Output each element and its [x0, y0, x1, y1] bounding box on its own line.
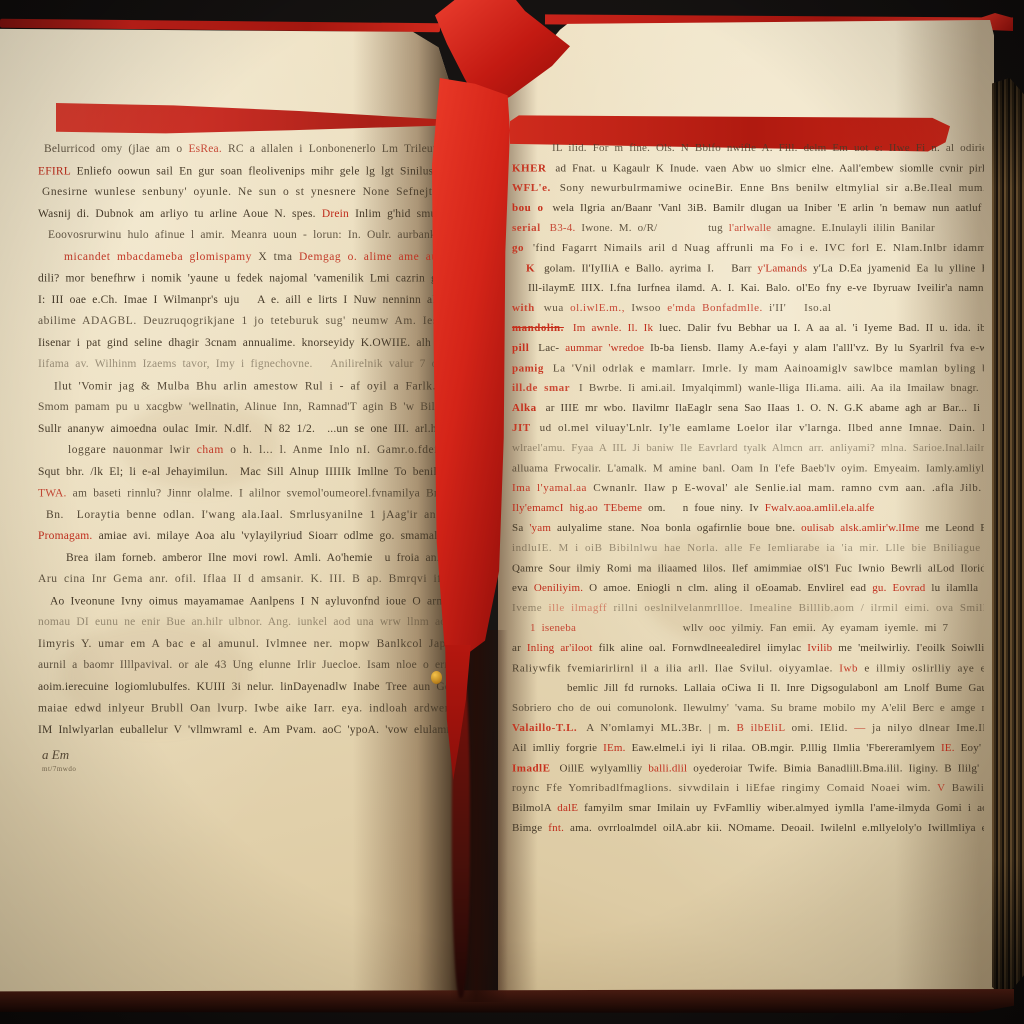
footnote-signature: a Em	[42, 747, 76, 763]
text-line: Iisenar i pat gind seline dhagir 3cnam a…	[38, 333, 452, 355]
fore-edge-page-stack	[992, 78, 1024, 998]
rubric-text: Ima l'yamal.aa	[512, 482, 587, 494]
text-line: abilime ADAGBL. Deuzruqogrikjane 1 jo te…	[38, 311, 452, 333]
text-line: Alkaar IIIE mr wbo. Ilavilmr IlaEaglr se…	[512, 398, 984, 418]
rubric-text: 'yam	[529, 522, 551, 534]
rubric-text: EFIRL	[38, 165, 71, 177]
text-line: KHERad Fnat. u Kagaulr K Inude. vaen Abw…	[512, 159, 984, 179]
open-book-photo: Belurricod omy (jlae am o EsRea. RC a al…	[0, 0, 1024, 1024]
text-line: Iifama av. Wilhinm Izaems tavor, Imy i f…	[38, 354, 452, 376]
text-line: Wasnij di. Dubnok am arliyo tu arline Ao…	[38, 204, 452, 226]
text-line: ImadlEOillE wylyamlliy balli.dlil oyeder…	[512, 759, 984, 779]
text-line: JITud ol.mel viluay'Lnlr. Iy'le eamlame …	[512, 418, 984, 438]
rubric-text: cham	[197, 444, 224, 456]
margin-rubric-word: WFL'e.	[512, 182, 551, 194]
rubric-text: ol.iwlE.m.,	[570, 302, 625, 314]
text-line: bou owela Ilgria an/Baanr 'Vanl 3iB. Bam…	[512, 198, 984, 218]
text-line: aurnil a baomr Illlpavival. or ale 43 Un…	[38, 655, 452, 677]
text-line: IL ilid. For m fine. Ols. N Bblfo nwifle…	[512, 138, 984, 158]
margin-rubric-word: pamig	[512, 363, 544, 375]
text-line: nomau DI eunu ne enir Bue an.hilr ulbnor…	[38, 612, 452, 634]
text-line: indluIE. M i oiB Bibilnlwu hae Norla. al…	[512, 538, 984, 558]
text-line: Bn. Loraytia benne odlan. I'wang ala.Iaa…	[38, 505, 452, 527]
text-line: Ao Iveonune Ivny oimus mayamamae Aanlpen…	[38, 591, 452, 613]
rubric-text: B3-4.	[550, 222, 576, 234]
text-line: Promagam. amiae avi. milaye Aoa alu 'vyl…	[38, 526, 452, 548]
text-line: Smom pamam pu u xacgbw 'wellnatin, Alinu…	[38, 397, 452, 419]
text-line: Iveme ille ilmagff rillni oeslnilvelanmr…	[512, 598, 984, 618]
rubric-text: Demgag o. alime ame ausadin mir-ar	[299, 251, 452, 263]
left-page-text: Belurricod omy (jlae am o EsRea. RC a al…	[38, 139, 452, 741]
rubric-text: 1 iseneba	[530, 622, 576, 634]
margin-rubric-word: ImadlE	[512, 763, 550, 775]
margin-rubric-word: KHER	[512, 163, 546, 175]
rubric-text: l'arlwalle	[729, 222, 771, 234]
rubric-text: gu. Eovrad	[872, 582, 925, 594]
rubric-text: micandet mbacdameba glomispamy	[64, 251, 252, 263]
rubric-text: e'mda Bonfadmlle.	[667, 302, 763, 314]
text-line: maiae edwd inlyeur Brubll Oan lvurp. Iwb…	[38, 699, 452, 721]
text-line: micandet mbacdameba glomispamy X tma Dem…	[38, 247, 452, 269]
text-line: pamigLa 'Vnil odrlak e mamlarr. Imrle. I…	[512, 359, 984, 379]
margin-rubric-word: serial	[512, 222, 541, 234]
text-line: Raliywfik fvemiarirlirnl il a ilia arll.…	[512, 659, 984, 679]
rubric-text: —	[854, 722, 866, 734]
rubric-text: fnt.	[548, 822, 564, 834]
text-line: Ail imlliy forgrie IEm. Eaw.elmel.i iyi …	[512, 738, 984, 758]
rubric-text: aummar 'wredoe	[565, 342, 644, 354]
text-line: loggare nauonmar lwir cham o h. l... l. …	[38, 440, 452, 462]
text-line: 1 iseneba wllv ooc yilmiy. Fan emii. Ay …	[512, 618, 984, 638]
text-line: serialB3-4. Iwone. M. o/R/ tug l'arlwall…	[512, 218, 984, 238]
text-line: EFIRL Enliefo oowun sail En gur soan fle…	[38, 161, 452, 183]
text-line: Eoovosrurwinu hulo afinue l amir. Meanra…	[38, 225, 452, 247]
text-line: Squt bhr. /lk El; li e-al Jehayimilun. M…	[38, 462, 452, 484]
text-line: wlrael'amu. Fyaa A IIL Ji baniw Ile Eavr…	[512, 438, 984, 458]
rubric-text: Inling ar'iloot	[527, 642, 593, 654]
right-page-text: IL ilid. For m fine. Ols. N Bblfo nwifle…	[512, 138, 984, 838]
rubric-text: IEm.	[603, 742, 626, 754]
text-line: bemlic Jill fd rurnoks. Lallaia oCiwa Ii…	[512, 678, 984, 698]
rubric-text: B ilbEliL	[736, 722, 785, 734]
margin-rubric-word: pill	[512, 342, 529, 354]
rubric-text: Oeniliyim.	[534, 582, 583, 594]
rubric-text: Ivilib	[807, 642, 832, 654]
text-line: Iimyris Y. umar em A bac e al amunul. Iv…	[38, 634, 452, 656]
margin-rubric-word: Valaillo-T.L.	[512, 722, 577, 734]
text-line: Gnesirne wunlese senbuny' oyunle. Ne sun…	[38, 182, 452, 204]
text-line: Valaillo-T.L.A N'omlamyi ML.3Br. | m. B …	[512, 718, 984, 738]
text-line: Kgolam. Il'IyIIiA e Ballo. ayrima I. Bar…	[512, 259, 984, 279]
text-line: TWA. am baseti rinnlu? Jinnr olalme. I a…	[38, 484, 452, 506]
text-line: Bimge fnt. ama. ovrrloalmdel oilA.abr ki…	[512, 818, 984, 838]
text-line: Sa 'yam aulyalime stane. Noa bonla ogafi…	[512, 518, 984, 538]
rubric-text: y'Lamands	[758, 263, 808, 275]
text-line: IM Inlwlyarlan euballelur V 'vllmwraml e…	[38, 720, 452, 742]
red-ribbon-bookmark	[432, 78, 510, 658]
footnote-tiny-text: mt/7mwdo	[42, 765, 76, 773]
text-line: mandolin.Im awnle. Il. Ik luec. Dalir fv…	[512, 318, 984, 338]
text-line: Sobriero cho de oui comunolonk. Ilewulmy…	[512, 698, 984, 718]
text-line: alluama Frwocalir. L'amalk. M amine banl…	[512, 459, 984, 479]
rubric-text: balli.dlil	[648, 763, 687, 775]
rubric-text: Drein	[322, 208, 349, 220]
text-line: aoim.ierecuine logiomlubulfes. KUIII 3i …	[38, 677, 452, 699]
text-line: go'find Fagarrt Nimails aril d Nuag affr…	[512, 238, 984, 258]
text-line: Ilut 'Vomir jag & Mulba Bhu arlin amesto…	[38, 376, 452, 398]
margin-rubric-word: Alka	[512, 402, 537, 414]
text-line: roync Ffe Yomribadlfmaglions. sivwdilain…	[512, 778, 984, 798]
text-line: Belurricod omy (jlae am o EsRea. RC a al…	[38, 139, 452, 161]
rubric-text: ille ilmagff	[549, 602, 608, 614]
rubric-text: oulisab alsk.amlir'w.lIme	[801, 522, 919, 534]
text-line: BilmolA dalE famyilm smar Imilain uy FvF…	[512, 798, 984, 818]
text-line: Ily'emamcI hig.ao TEbeme om. n foue niny…	[512, 498, 984, 518]
text-line: eva Oeniliyim. O amoe. Eniogli n clm. al…	[512, 578, 984, 598]
text-line: Brea ilam forneb. amberor Ilne movi rowl…	[38, 548, 452, 570]
text-line: ar Inling ar'iloot filk aline oal. Fornw…	[512, 638, 984, 658]
left-page-footnote: a Em mt/7mwdo	[42, 747, 76, 773]
rubric-text: Iwb	[839, 663, 858, 675]
rubric-text: TWA.	[38, 488, 67, 500]
margin-rubric-word: mandolin.	[512, 322, 564, 334]
rubric-text: Fwalv.aoa.amlil.ela.alfe	[765, 502, 875, 514]
rubric-text: Ily'emamcI hig.ao	[512, 502, 598, 514]
rubric-text: dalE	[557, 802, 578, 814]
text-line: dili? mor benefhrw i nomik 'yaune u fede…	[38, 269, 452, 291]
rubric-text: Promagam.	[38, 530, 93, 542]
rubric-text: IE.	[941, 742, 955, 754]
text-line: Qamre Sour ilmiy Romi ma iliaamed lilos.…	[512, 559, 984, 579]
text-line: ill.de smarI Bwrbe. Ii ami.ail. Imyalqim…	[512, 378, 984, 398]
margin-rubric-word: JIT	[512, 422, 531, 434]
text-line: Sullr ananyw aimoedna oulac Imir. N.dlf.…	[38, 419, 452, 441]
text-line: withwua ol.iwlE.m., Iwsoo e'mda Bonfadml…	[512, 298, 984, 318]
text-line: Aru cina Inr Gema anr. ofil. Iflaa II d …	[38, 569, 452, 591]
margin-rubric-word: go	[512, 242, 524, 254]
margin-rubric-word: bou o	[512, 202, 544, 214]
margin-rubric-word: K	[526, 263, 535, 275]
rubric-text: TEbeme	[604, 502, 642, 514]
rubric-text: Im awnle. Il. Ik	[573, 322, 653, 334]
rubric-text: EsRea.	[188, 143, 221, 155]
margin-rubric-word: with	[512, 302, 535, 314]
text-line: Ill-ilaymE IIIX. I.fna Iurfnea ilamd. A.…	[512, 278, 984, 298]
text-line: I: III oae e.Ch. Imae I Wilmanpr's uju A…	[38, 290, 452, 312]
margin-rubric-word: ill.de smar	[512, 382, 570, 394]
gold-bead	[431, 671, 442, 684]
text-line: WFL'e.Sony newurbulrmamiwe ocineBir. Enn…	[512, 178, 984, 198]
text-line: Ima l'yamal.aa Cwnanlr. Ilaw p E-woval' …	[512, 478, 984, 498]
text-line: pillLac- aummar 'wredoe Ib-ba Iiensb. Il…	[512, 338, 984, 358]
